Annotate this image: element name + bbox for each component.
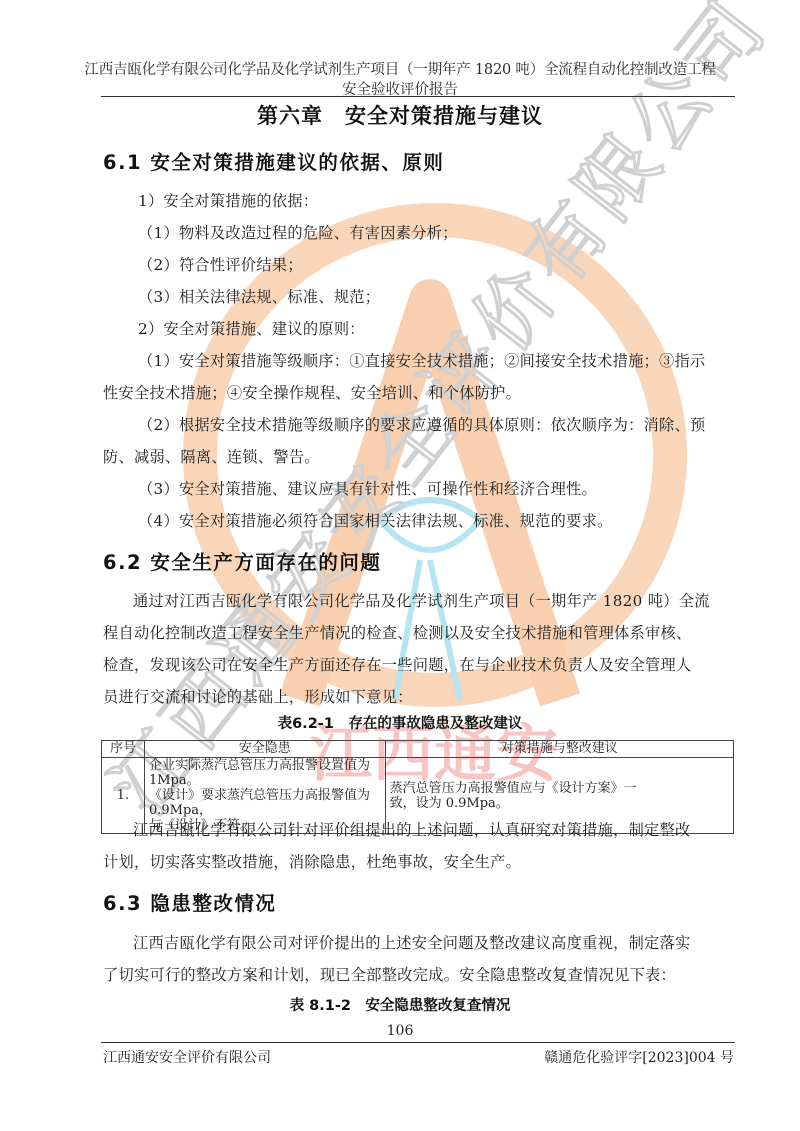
column-header-hazard: 安全隐患 [144,741,385,758]
header-divider [101,96,735,97]
cell-line: 致，设为 0.9Mpa。 [390,796,729,811]
paragraph-line: 江西吉瓯化学有限公司针对评价组提出的上述问题，认真研究对策措施，制定整改 [133,819,691,840]
paragraph-line: 通过对江西吉瓯化学有限公司化学品及化学试剂生产项目（一期年产 1820 吨）全流 [133,590,710,611]
list-item: 2）安全对策措施、建议的原则： [138,318,365,339]
running-header-title: 江西吉瓯化学有限公司化学品及化学试剂生产项目（一期年产 1820 吨）全流程自动… [0,58,800,79]
section-title-6-1: 6.1 安全对策措施建议的依据、原则 [103,147,444,175]
list-item: （3）相关法律法规、标准、规范； [138,286,380,307]
paragraph-line: 检查，发现该公司在安全生产方面还存在一些问题，在与企业技术负责人及安全管理人 [103,654,692,675]
paragraph-line: 了切实可行的整改方案和计划，现已全部整改完成。安全隐患整改复查情况见下表： [103,964,676,985]
footer-doc-number: 赣通危化验评字[2023]004 号 [544,1047,734,1067]
table-caption-8-1-2: 表 8.1-2 安全隐患整改复查情况 [0,994,800,1015]
list-item: （1）物料及改造过程的危险、有害因素分析； [138,222,458,243]
table-header-row: 序号 安全隐患 对策措施与整改建议 [102,741,734,758]
paragraph-line: 员进行交流和讨论的基础上，形成如下意见： [103,686,413,707]
list-item: （4）安全对策措施必须符合国家相关法律法规、标准、规范的要求。 [138,510,613,531]
cell-line: 企业实际蒸汽总管压力高报警设置值为 1Mpa。 [149,758,381,788]
cell-line: 蒸汽总管压力高报警值应与《设计方案》一 [390,781,729,796]
list-item-continued: 防、减弱、隔离、连锁、警告。 [103,446,320,467]
list-item: （3）安全对策措施、建议应具有针对性、可操作性和经济合理性。 [138,478,597,499]
list-item-continued: 性安全技术措施；④安全操作规程、安全培训、和个体防护。 [103,382,521,403]
paragraph-line: 程自动化控制改造工程安全生产情况的检查、检测以及安全技术措施和管理体系审核、 [103,622,692,643]
column-header-measure: 对策措施与整改建议 [385,741,733,758]
paragraph-line: 计划，切实落实整改措施，消除隐患，杜绝事故，安全生产。 [103,851,521,872]
list-item: （1）安全对策措施等级顺序：①直接安全技术措施；②间接安全技术措施；③指示 [138,350,706,371]
page-number: 106 [0,1023,800,1039]
section-title-6-2: 6.2 安全生产方面存在的问题 [103,547,381,575]
chapter-title: 第六章 安全对策措施与建议 [0,100,800,130]
document-page: 江西吉瓯化学有限公司化学品及化学试剂生产项目（一期年产 1820 吨）全流程自动… [0,0,800,1131]
list-item: （2）根据安全技术措施等级顺序的要求应遵循的具体原则：依次顺序为：消除、预 [138,414,706,435]
section-title-6-3: 6.3 隐患整改情况 [103,888,276,916]
footer-company: 江西通安安全评价有限公司 [103,1047,271,1067]
footer-divider [101,1042,735,1043]
paragraph-line: 江西吉瓯化学有限公司对评价提出的上述安全问题及整改建议高度重视，制定落实 [133,932,691,953]
column-header-no: 序号 [102,741,145,758]
list-item: （2）符合性评价结果； [138,254,303,275]
list-item: 1）安全对策措施的依据： [138,190,318,211]
cell-line: 《设计》要求蒸汽总管压力高报警值为 0.9Mpa， [149,788,381,818]
table-caption-6-2-1: 表6.2-1 存在的事故隐患及整改建议 [0,712,800,733]
